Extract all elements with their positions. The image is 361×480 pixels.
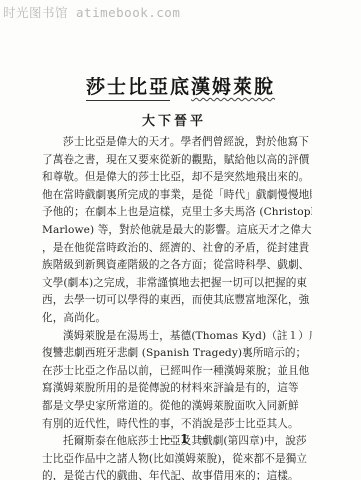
author-name: 大下晉平 <box>142 110 206 129</box>
text-line: 的，是從古代的戲曲、年代記、故事借用來的；這樣。 <box>42 468 312 480</box>
text-line: 漢姆萊脫是在湯馬士，基德(Thomas Kyd)（註１）底 <box>42 328 312 346</box>
text-line: 西，去學一切可以學得的東西，而使其底豐富地深化，強 <box>42 292 312 310</box>
page-number: － 1 － <box>160 430 211 447</box>
text-line: 莎士比亞是偉大的天才。學者們曾經說，對於他寫下 <box>42 134 312 152</box>
page-title: 莎士比亞底漢姆萊脫 <box>86 72 275 99</box>
text-line: 復讐悲劇西班牙悲劇 (Spanish Tragedy)裏所暗示的； <box>42 345 312 363</box>
text-line: 寫漢姆萊脫所用的是從傳說的材料來評論是有的，這等 <box>42 380 312 398</box>
text-line: 都是文學史家所常道的。從他的漢姆萊脫面吹入同新鮮 <box>42 398 312 416</box>
text-line: 他在當時戲劇裏所完成的事業，是從「時代」戲劇慢慢地賜 <box>42 187 312 205</box>
text-line: Marlowe) 等，對於他就是最大的影響。這底天才之偉大 <box>42 222 312 240</box>
text-line: 和尊敬。但是偉大的莎士比亞，却不是突然地飛出來的。 <box>42 169 312 187</box>
text-line: 族階級到新興資產階級的之各方面；從當時科學、戲劇、 <box>42 257 312 275</box>
text-line: 化，高尚化。 <box>42 310 312 328</box>
text-line: ，是在他從當時政治的、經濟的、社會的矛盾，從封建貴 <box>42 240 312 258</box>
text-line: 文學(劇本)之完成，非常謹慎地去把握一切可以把握的東 <box>42 275 312 293</box>
body-text: 莎士比亞是偉大的天才。學者們曾經說，對於他寫下 了萬卷之書，現在又要來從新的觀點… <box>42 134 312 480</box>
title-part-hamlet: 漢姆萊脫 <box>191 76 275 98</box>
watermark: 时光图书馆 atimebook.com <box>3 3 180 21</box>
text-line: 了萬卷之書，現在又要來從新的觀點，賦給他以高的評價 <box>42 152 312 170</box>
title-part-particle: 底 <box>170 76 191 98</box>
text-line: 在莎士比亞之作品以前，已經叫作一種漢姆萊脫；並且他 <box>42 363 312 381</box>
text-line: 士比亞作品中之諸人物(比如漢姆萊脫)，從來都不是獨立 <box>42 451 312 469</box>
text-line: 予他的；在劇本上也是這樣，克里士多夫馬洛 (Christopher <box>42 204 312 222</box>
title-part-shakespeare: 莎士比亞 <box>86 76 170 101</box>
